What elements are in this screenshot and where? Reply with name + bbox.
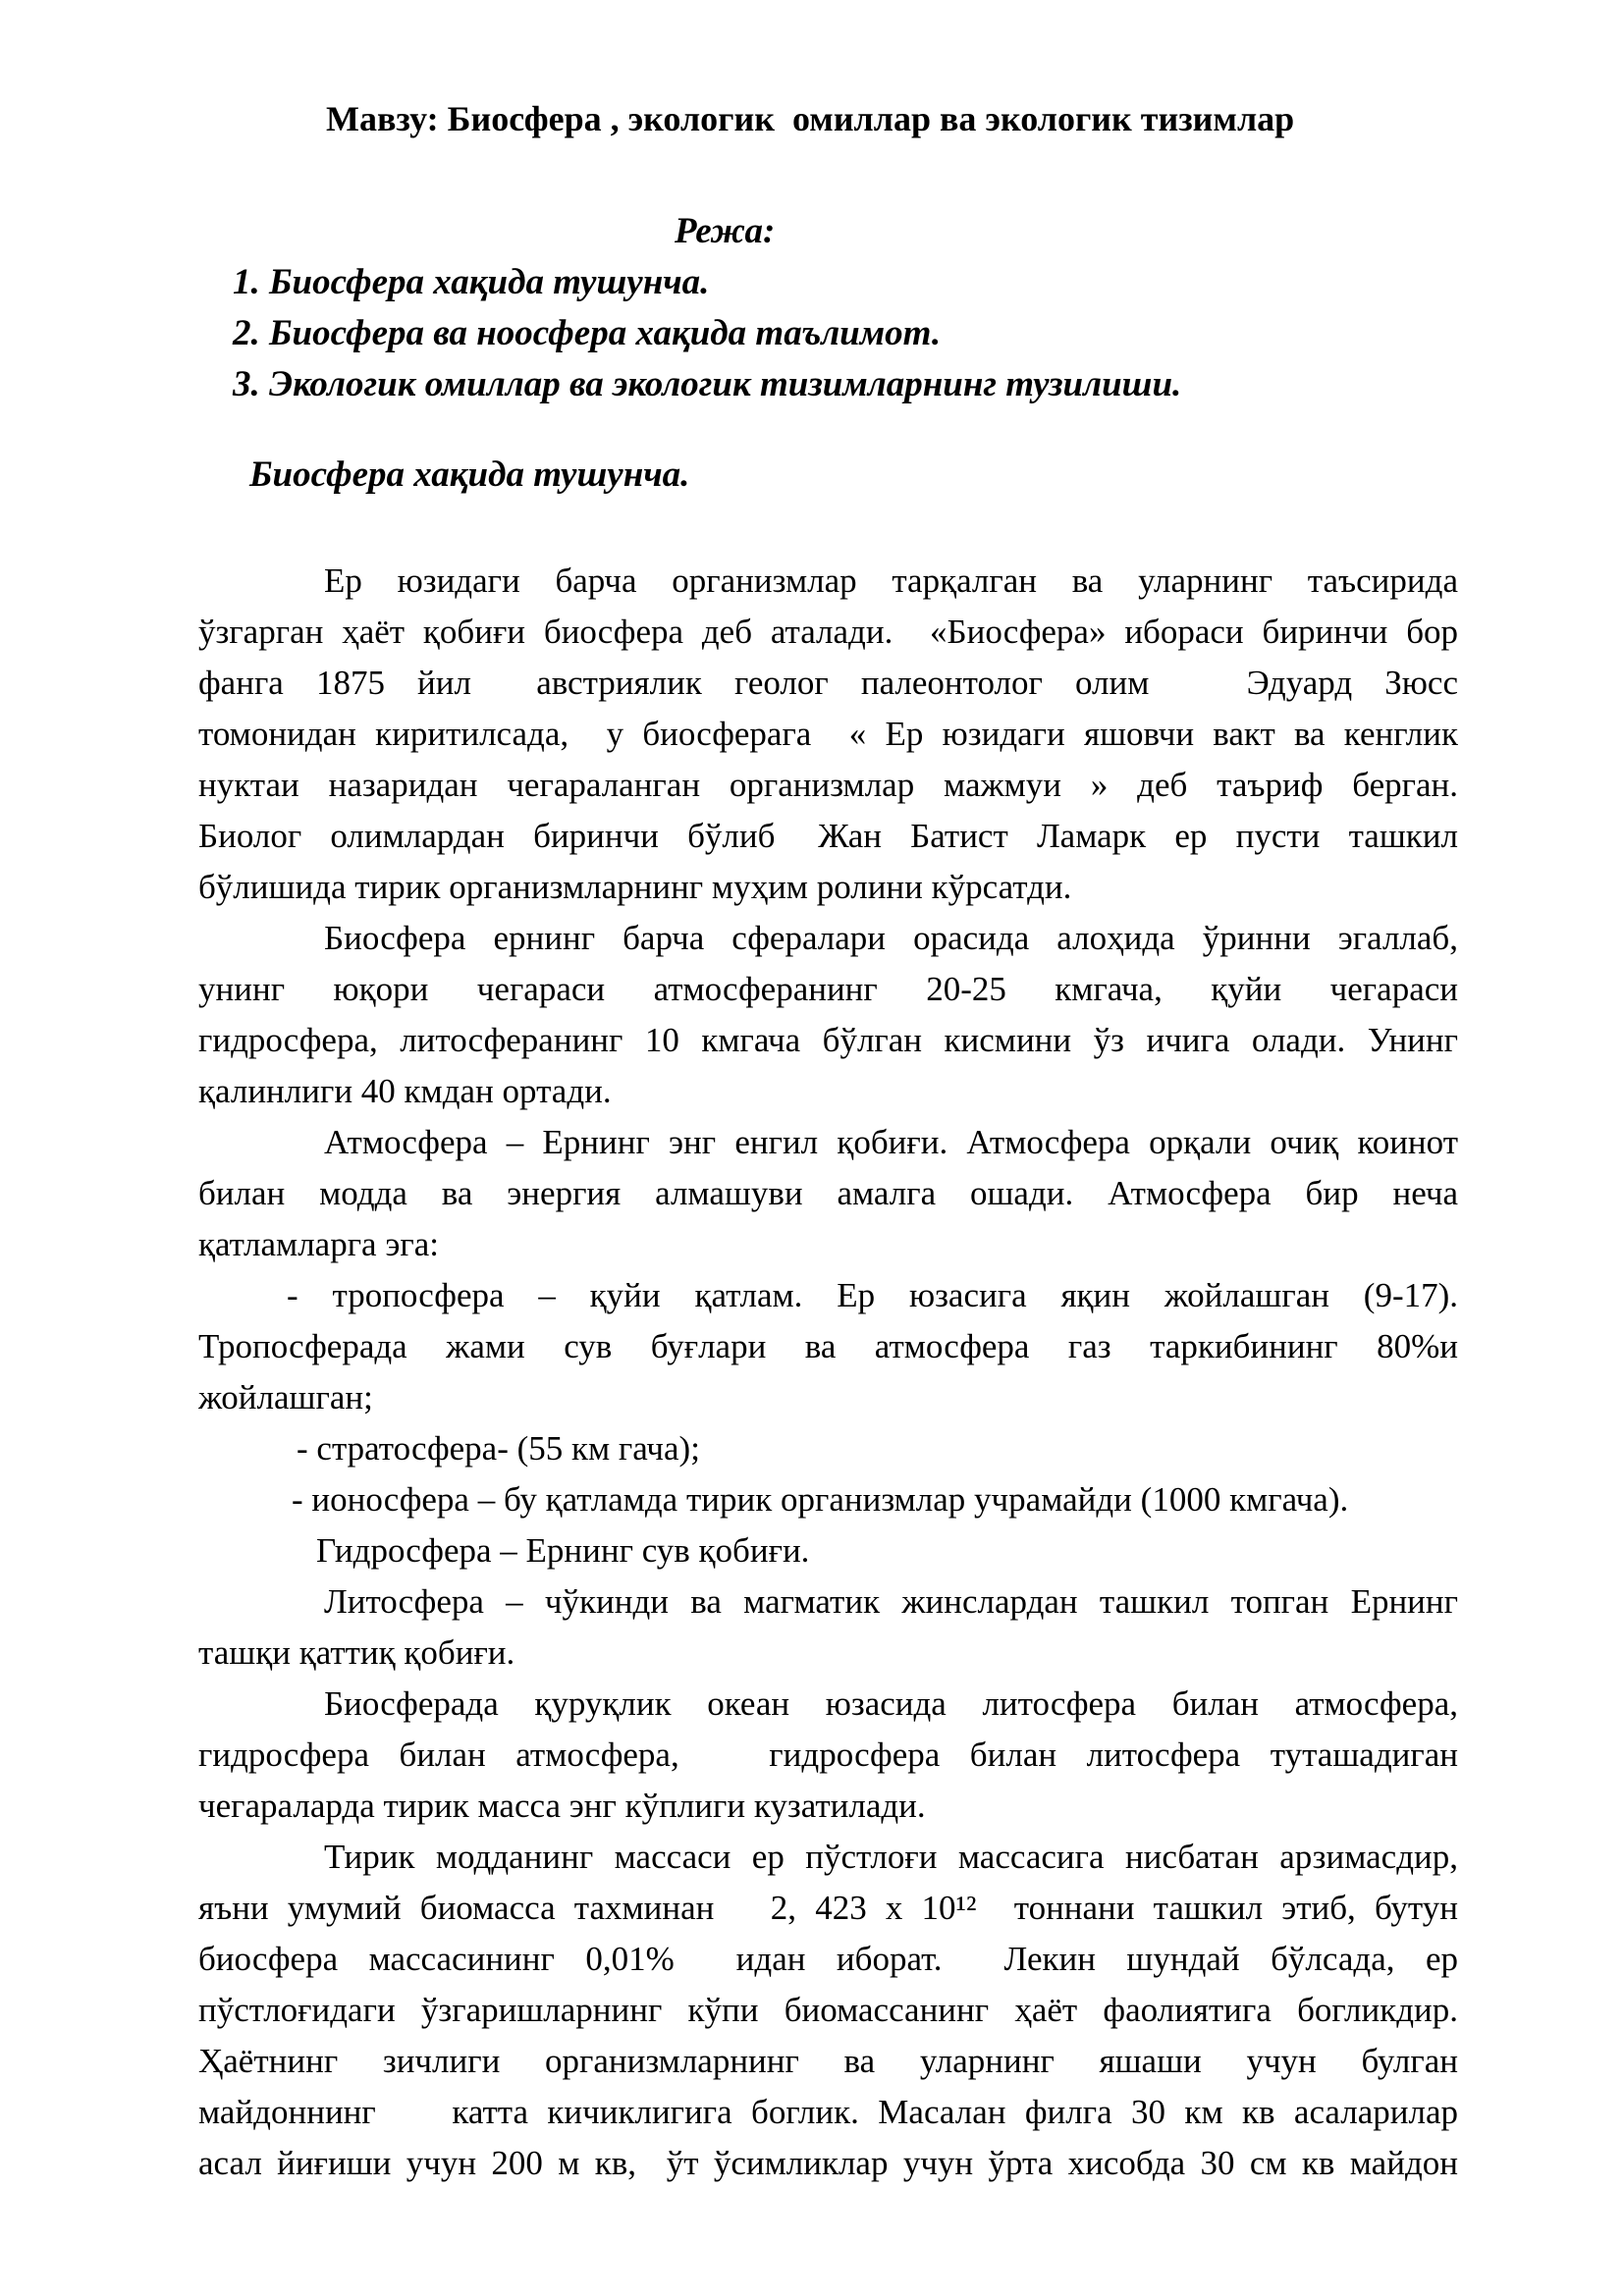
document-body: Ер юзидаги барча организмлар тарқалган в…: [198, 556, 1458, 2189]
page-content: Мавзу: Биосфера , экологик омиллар ва эк…: [198, 0, 1458, 2189]
body-line: асал йиғиши учун 200 м кв, ўт ўсимликлар…: [198, 2138, 1458, 2189]
body-line: Тропосферада жами сув буғлари ва атмосфе…: [198, 1321, 1458, 1372]
body-line: нуктаи назаридан чегараланган организмла…: [198, 760, 1458, 811]
plan-list: 1. Биосфера хақида тушунча. 2. Биосфера …: [198, 257, 1458, 410]
body-line: Гидросфера – Ернинг сув қобиғи.: [198, 1525, 1458, 1576]
body-line: Атмосфера – Ернинг энг енгил қобиғи. Атм…: [198, 1117, 1458, 1168]
body-line: ўзгарган ҳаёт қобиғи биосфера деб аталад…: [198, 607, 1458, 658]
plan-heading: Режа:: [675, 206, 1458, 257]
body-line: қатламларга эга:: [198, 1219, 1458, 1270]
document-page: Мавзу: Биосфера , экологик омиллар ва эк…: [0, 0, 1624, 2296]
body-line: фанга 1875 йил австриялик геолог палеонт…: [198, 658, 1458, 709]
body-line: яъни умумий биомасса тахминан 2, 423 x 1…: [198, 1883, 1458, 1934]
plan-item: 2. Биосфера ва ноосфера хақида таълимот.: [233, 308, 1458, 359]
body-line: унинг юқори чегараси атмосферанинг 20-25…: [198, 964, 1458, 1015]
body-line: Биосфера ернинг барча сфералари орасида …: [198, 913, 1458, 964]
section-heading: Биосфера хақида тушунча.: [249, 450, 1458, 501]
body-line: Ҳаётнинг зичлиги организмларнинг ва улар…: [198, 2036, 1458, 2087]
body-line: билан модда ва энергия алмашуви амалга о…: [198, 1168, 1458, 1219]
body-line: биосфера массасининг 0,01% идан иборат. …: [198, 1934, 1458, 1985]
body-line: гидросфера, литосферанинг 10 кмгача бўлг…: [198, 1015, 1458, 1066]
body-line: - стратосфера- (55 км гача);: [198, 1423, 1458, 1474]
body-line: пўстлоғидаги ўзгаришларнинг кўпи биомасс…: [198, 1985, 1458, 2036]
body-line: ташқи қаттиқ қобиғи.: [198, 1628, 1458, 1679]
plan-item: 1. Биосфера хақида тушунча.: [233, 257, 1458, 308]
body-line: Тирик модданинг массаси ер пўстлоғи масс…: [198, 1832, 1458, 1883]
body-line: Литосфера – чўкинди ва магматик жинслард…: [198, 1576, 1458, 1628]
body-line: - тропосфера – қуйи қатлам. Ер юзасига я…: [198, 1270, 1458, 1321]
body-line: қалинлиги 40 кмдан ортади.: [198, 1066, 1458, 1117]
plan-item: 3. Экологик омиллар ва экологик тизимлар…: [233, 359, 1458, 410]
document-title: Мавзу: Биосфера , экологик омиллар ва эк…: [326, 93, 1458, 144]
body-line: жойлашган;: [198, 1372, 1458, 1423]
body-line: Биолог олимлардан биринчи бўлиб Жан Бати…: [198, 811, 1458, 862]
body-line: чегараларда тирик масса энг кўплиги куза…: [198, 1781, 1458, 1832]
body-line: гидросфера билан атмосфера, гидросфера б…: [198, 1730, 1458, 1781]
body-line: томонидан киритилсада, у биосферага « Ер…: [198, 709, 1458, 760]
body-line: бўлишида тирик организмларнинг муҳим рол…: [198, 862, 1458, 913]
body-line: Биосферада қуруқлик океан юзасида литосф…: [198, 1679, 1458, 1730]
body-line: Ер юзидаги барча организмлар тарқалган в…: [198, 556, 1458, 607]
body-line: майдоннинг катта кичиклигига боглик. Мас…: [198, 2087, 1458, 2138]
body-line: - ионосфера – бу қатламда тирик организм…: [198, 1474, 1458, 1525]
